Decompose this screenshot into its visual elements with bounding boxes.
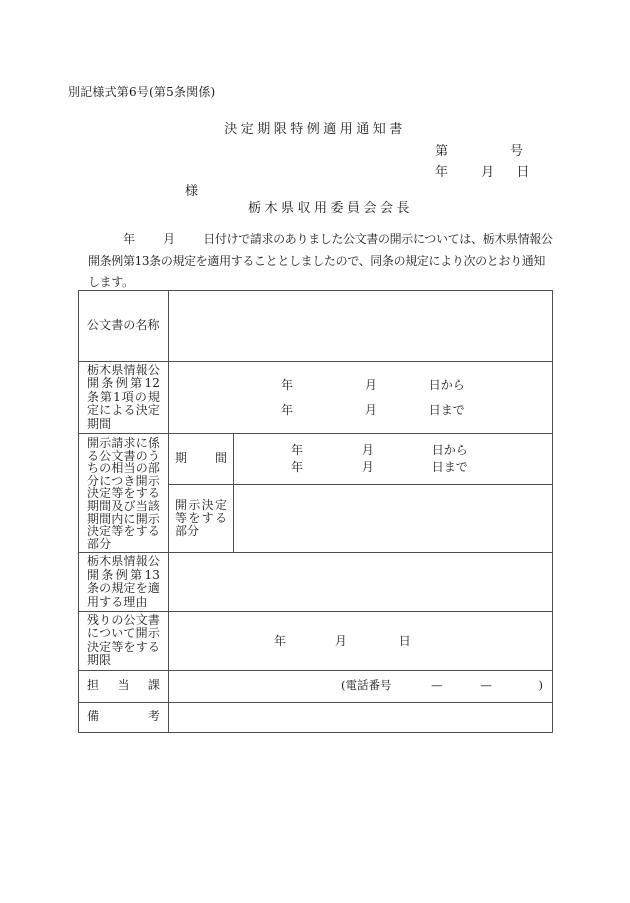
body-month: 月 — [163, 232, 175, 246]
deadline-label: 残りの公文書について開示決定等をする期限 — [79, 612, 169, 671]
partial-parts-label: 開示決定等をする部分 — [169, 485, 234, 553]
body-year: 年 — [123, 232, 135, 246]
doc-name-value — [169, 291, 553, 362]
row-section: 担 当 課 (電話番号 — — ) — [79, 670, 553, 702]
remarks-label: 備 考 — [79, 702, 169, 732]
issue-date-line: 年 月 日 — [435, 161, 529, 180]
sender-title: 栃木県収用委員会会長 — [248, 197, 413, 216]
partial-from-day: 日から — [432, 443, 468, 457]
period-from-year: 年 — [281, 378, 293, 392]
row-reason: 栃木県情報公開条例第13条の規定を適用する理由 — [79, 553, 553, 612]
body-line-1: 年 月 日付けで請求のありました公文書の開示については、栃木県情報公 — [88, 229, 553, 251]
notice-table: 公文書の名称 栃木県情報公開条例第12条第1項の規定による決定期間 年 月 日か… — [78, 290, 553, 733]
issue-date-month: 月 — [481, 165, 494, 180]
body-line1-text: 日付けで請求のありました公文書の開示については、栃木県情報公 — [203, 232, 552, 246]
phone-label: (電話番号 — [341, 678, 392, 692]
phone-close-paren: ) — [538, 678, 543, 692]
section-value: (電話番号 — — ) — [169, 670, 553, 702]
remarks-value — [169, 702, 553, 732]
doc-number-suffix: 号 — [510, 140, 523, 159]
partial-to-month: 月 — [362, 460, 374, 474]
doc-name-label: 公文書の名称 — [79, 291, 169, 362]
partial-parts-value — [234, 485, 553, 553]
body-paragraph: 年 月 日付けで請求のありました公文書の開示については、栃木県情報公 開条例第1… — [88, 229, 553, 294]
issue-date-year: 年 — [435, 165, 448, 180]
doc-number-line: 第 号 — [435, 140, 523, 159]
phone-dash-2: — — [480, 678, 492, 692]
reason-label: 栃木県情報公開条例第13条の規定を適用する理由 — [79, 553, 169, 612]
row-remaining-deadline: 残りの公文書について開示決定等をする期限 年 月 日 — [79, 612, 553, 671]
decision-period-label: 栃木県情報公開条例第12条第1項の規定による決定期間 — [79, 362, 169, 434]
row-partial-period: 開示請求に係る公文書のうちの相当の部分につき開示決定等をする期間及び当該期間内に… — [79, 434, 553, 485]
issue-date-day: 日 — [516, 165, 529, 180]
partial-to-year: 年 — [291, 460, 303, 474]
row-doc-name: 公文書の名称 — [79, 291, 553, 362]
partial-from-year: 年 — [291, 443, 303, 457]
row-remarks: 備 考 — [79, 702, 553, 732]
period-to-month: 月 — [365, 403, 377, 417]
page-title: 決定期限特例適用通知書 — [224, 118, 406, 137]
doc-number-prefix: 第 — [435, 140, 448, 159]
form-reference: 別記様式第6号(第5条関係) — [68, 83, 215, 100]
period-from-month: 月 — [365, 378, 377, 392]
partial-period-to: 年 月 日まで — [234, 459, 552, 476]
phone-number-line: (電話番号 — — ) — [169, 678, 552, 695]
document-page: 別記様式第6号(第5条関係) 決定期限特例適用通知書 第 号 年 月 日 様 栃… — [0, 0, 630, 903]
partial-label: 開示請求に係る公文書のうちの相当の部分につき開示決定等をする期間及び当該期間内に… — [79, 434, 169, 553]
partial-from-month: 月 — [362, 443, 374, 457]
deadline-year: 年 — [274, 634, 286, 648]
deadline-value: 年 月 日 — [169, 612, 553, 671]
partial-period-value: 年 月 日から 年 月 日まで — [234, 434, 553, 485]
period-to-year: 年 — [281, 403, 293, 417]
period-to-day: 日まで — [429, 403, 465, 417]
partial-period-from: 年 月 日から — [234, 442, 552, 459]
reason-value — [169, 553, 553, 612]
decision-period-value: 年 月 日から 年 月 日まで — [169, 362, 553, 434]
period-from-day: 日から — [429, 378, 465, 392]
deadline-day: 日 — [399, 634, 411, 648]
body-line-2: 開条例第13条の規定を適用することとしましたので、同条の規定により次のとおり通知 — [88, 251, 553, 273]
section-label: 担 当 課 — [79, 670, 169, 702]
partial-to-day: 日まで — [432, 460, 468, 474]
decision-period-from: 年 月 日から — [169, 373, 552, 398]
phone-dash-1: — — [431, 678, 443, 692]
addressee-honorific: 様 — [185, 180, 198, 199]
decision-period-to: 年 月 日まで — [169, 398, 552, 423]
partial-period-label: 期 間 — [169, 434, 234, 485]
deadline-month: 月 — [335, 634, 347, 648]
row-decision-period: 栃木県情報公開条例第12条第1項の規定による決定期間 年 月 日から 年 月 日… — [79, 362, 553, 434]
deadline-date-line: 年 月 日 — [169, 632, 552, 649]
